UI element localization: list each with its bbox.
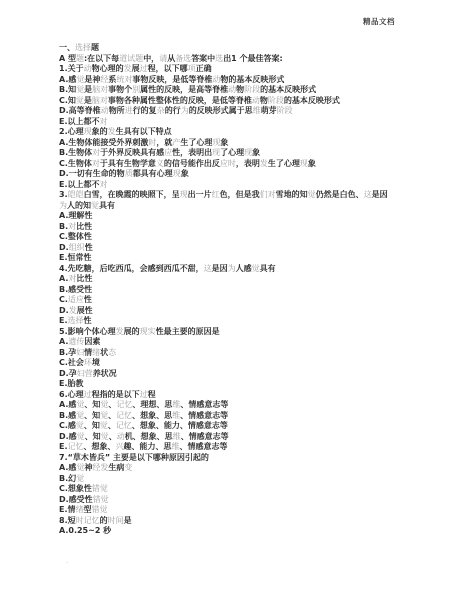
text-segment: ，表明 (236, 159, 260, 168)
text-segment: 觉 (100, 411, 108, 420)
document-line: D.孕妇营养状况 (59, 369, 419, 380)
text-segment: B.幻 (59, 474, 76, 483)
text-segment: D.高等脊椎 (59, 106, 101, 115)
text-segment: 觉 (252, 264, 260, 273)
document-line: A.感觉是神经系统对事物反映，是低等脊椎动物的基本反映形式 (59, 75, 419, 86)
document-line: 一、选择题 (59, 43, 419, 54)
text-segment: 选择 (75, 43, 91, 52)
text-segment: 脑对 (92, 96, 108, 105)
text-segment: 答案中 (191, 54, 215, 63)
text-segment: 现实 (140, 327, 156, 336)
text-segment: 这 (364, 190, 372, 199)
text-segment: 人感 (236, 264, 252, 273)
text-segment: 雪地的知 (276, 190, 308, 199)
text-segment: 义 (156, 159, 164, 168)
text-segment: 时记忆 (76, 516, 100, 525)
text-segment: 生具有以下特点 (116, 127, 172, 136)
text-segment: E.胎教 (59, 379, 84, 388)
text-segment: 物 (260, 96, 268, 105)
text-segment: 记忆 (116, 411, 132, 420)
text-segment: 8.短 (59, 516, 76, 525)
text-segment: E.情 (59, 505, 76, 514)
text-segment: A. (59, 337, 68, 346)
text-segment: 萌芽 (261, 106, 277, 115)
text-segment: 6.心理 (59, 390, 84, 399)
text-segment: 1.关于 (59, 64, 84, 73)
document-line: A.理解性 (59, 211, 419, 222)
text-segment: 错觉 (92, 505, 108, 514)
text-segment: 性最主要的原因是 (156, 327, 220, 336)
text-segment: 发 (69, 306, 77, 315)
text-segment: 生了心理 (268, 159, 300, 168)
text-segment: 现 (173, 169, 181, 178)
text-segment: 进 (125, 106, 133, 115)
document-line: B.感受性 (59, 285, 419, 296)
text-segment: E.恒常性 (59, 253, 92, 262)
text-segment: 发 (108, 127, 116, 136)
document-page: 精品文档 一、选择题A 型题:在以下每道试题中，请从备选答案中选出1 个最佳答案… (0, 0, 463, 600)
text-segment: D.一切有生命的物 (59, 169, 125, 178)
text-segment: A.感 (59, 463, 76, 472)
text-segment: 、情感意志等 (180, 400, 228, 409)
text-segment: B.生物体 (59, 148, 92, 157)
document-line: A.生物体能接受外界刺激时，就产生了心理现象 (59, 138, 419, 149)
text-segment: 、情感意志等 (180, 442, 228, 451)
text-segment: 是因 (372, 190, 388, 199)
document-line: C.整体性 (59, 232, 419, 243)
text-segment: 比性 (76, 222, 92, 231)
text-segment: 道试题 (119, 54, 143, 63)
text-segment: 象 (181, 169, 189, 178)
text-segment: 的基本反映形式 (260, 85, 316, 94)
text-segment: 过 (140, 390, 148, 399)
text-segment: D. (59, 306, 69, 315)
document-line: E.胎教 (59, 379, 419, 390)
text-segment: 于外界反映具有感 (100, 148, 164, 157)
document-line: A.对比性 (59, 274, 419, 285)
text-segment: 的行 (165, 106, 181, 115)
text-segment: 维 (172, 442, 180, 451)
text-segment: 变 (124, 463, 132, 472)
text-segment: 境 (92, 358, 100, 367)
text-segment: D.感受性 (59, 495, 93, 504)
document-line: D.发展性 (59, 306, 419, 317)
text-segment: 动 (101, 106, 109, 115)
text-segment: 的 (100, 516, 108, 525)
text-segment: 生了心理 (180, 138, 212, 147)
document-line: B.幻觉 (59, 474, 419, 485)
document-line: 8.短时记忆的时间是 (59, 516, 419, 527)
text-segment: 、知 (85, 432, 101, 441)
document-line: B.对比性 (59, 222, 419, 233)
document-line: E.情绪型错觉 (59, 505, 419, 516)
text-segment: B.孕 (59, 348, 76, 357)
text-segment: 态 (108, 348, 116, 357)
text-segment: A. (59, 274, 68, 283)
text-segment: 觉 (76, 421, 84, 430)
text-segment: 5.影响个体心理 (59, 327, 116, 336)
text-segment: 题 (76, 54, 84, 63)
text-segment: 、 (108, 421, 116, 430)
text-segment: 、 (109, 432, 117, 441)
document-line: C.感觉、知觉、记忆、想象、能力、情感意志等 (59, 421, 419, 432)
text-segment: 事物各种属性整体性的反映，是低等脊椎 (108, 96, 252, 105)
text-segment: 性，表明出 (172, 148, 212, 157)
text-segment: 动 (117, 432, 125, 441)
text-segment: 3. (59, 190, 68, 199)
text-segment: 绪 (92, 348, 100, 357)
text-segment: 对 (100, 180, 108, 189)
document-body: 一、选择题A 型题:在以下每道试题中，请从备选答案中选出1 个最佳答案:1.关于… (59, 43, 419, 537)
text-segment: 现 (84, 127, 92, 136)
text-segment: 型 (84, 505, 92, 514)
text-segment: C.整体性 (59, 232, 92, 241)
document-line: A.感觉神经发生病变 (59, 463, 419, 474)
document-line: D.组织性 (59, 243, 419, 254)
text-segment: 事物反映，是低等脊椎 (132, 75, 212, 84)
text-segment: A.理解性 (59, 211, 92, 220)
text-segment: A 型 (59, 54, 76, 63)
text-segment: A.0.25~2 秒 (59, 526, 111, 535)
text-segment: 请 (159, 54, 167, 63)
text-segment: E.以上都不 (59, 117, 100, 126)
text-segment: 程 (148, 390, 156, 399)
document-line: A.遗传因素 (59, 337, 419, 348)
text-segment: 、理想、思 (132, 400, 172, 409)
text-segment: 、知 (84, 400, 100, 409)
document-line: B.知觉是脑对事物个别属性的反映，是高等脊椎动物阶段的基本反映形式 (59, 85, 419, 96)
text-segment: 应时 (220, 159, 236, 168)
text-segment: 经发 (92, 463, 108, 472)
text-segment: 是因 (212, 264, 228, 273)
text-segment: 生病 (108, 463, 124, 472)
text-segment: 维 (173, 432, 181, 441)
text-segment: E.以上都不 (59, 180, 100, 189)
text-segment: 象 (220, 138, 228, 147)
text-segment: 性 (84, 295, 92, 304)
document-line: A.感觉、知觉、记忆、理想、思维、情感意志等 (59, 400, 419, 411)
text-segment: 一、 (59, 43, 75, 52)
text-segment: 性 (84, 316, 92, 325)
text-segment: 觉 (76, 411, 84, 420)
text-segment: C.知 (59, 96, 76, 105)
text-segment: B.感受性 (59, 285, 92, 294)
text-segment: 性 (85, 243, 93, 252)
text-segment: 是 (84, 85, 92, 94)
document-line: 7.“草木皆兵” 主要是以下哪种原因引起的 (59, 453, 419, 464)
text-segment: 记忆 (68, 442, 84, 451)
text-segment: 、情感意志等 (181, 432, 229, 441)
text-segment: 展 (132, 64, 140, 73)
text-segment: 对 (100, 117, 108, 126)
text-segment: 对 (92, 159, 100, 168)
text-segment: 动 (252, 96, 260, 105)
text-segment: 觉 (76, 474, 84, 483)
text-segment: 记忆 (116, 400, 132, 409)
text-segment: 属性的反映，是高等脊椎 (140, 85, 228, 94)
text-segment: 杂 (157, 106, 165, 115)
document-line: E.恒常性 (59, 253, 419, 264)
text-segment: 具有 (260, 264, 276, 273)
text-segment: 现 (244, 148, 252, 157)
text-segment: ，就 (156, 138, 172, 147)
text-segment: 具有 (99, 201, 115, 210)
text-segment: 动 (84, 64, 92, 73)
text-segment: 趣、能力、思 (124, 442, 172, 451)
text-segment: 7.“草木皆兵” 主要是以下哪种原因引起的 (59, 453, 209, 462)
text-segment: 象 (252, 148, 260, 157)
text-segment: 错觉 (93, 495, 109, 504)
text-segment: 这 (204, 264, 212, 273)
text-segment: 统对 (116, 75, 132, 84)
text-segment: 觉 (101, 432, 109, 441)
text-segment: 是神 (84, 75, 100, 84)
text-segment: 应 (164, 148, 172, 157)
text-segment: 现 (212, 148, 220, 157)
text-segment: 2.心理 (59, 127, 84, 136)
document-line: D.感受性错觉 (59, 495, 419, 506)
text-segment: 组织 (69, 243, 85, 252)
text-segment: 色，但是我 (220, 190, 260, 199)
text-segment: 都具有心理 (133, 169, 173, 178)
text-segment: 妇营 (77, 369, 93, 378)
text-segment: A.感 (59, 75, 76, 84)
text-segment: 于具有生物学意 (100, 159, 156, 168)
document-line: 2.心理现象的发生具有以下特点 (59, 127, 419, 138)
document-line: B.生物体对于外界反映具有感应性，表明出现了心理现象 (59, 148, 419, 159)
text-segment: C.生物体 (59, 159, 92, 168)
text-segment: 人的知 (67, 201, 91, 210)
text-segment: 现 (180, 190, 188, 199)
text-segment: 环 (84, 358, 92, 367)
text-segment: 现 (300, 159, 308, 168)
text-segment: 妇 (76, 348, 84, 357)
text-segment: C. (59, 295, 68, 304)
text-segment: 别 (132, 85, 140, 94)
text-segment: B.感 (59, 411, 76, 420)
text-segment: 出一片 (188, 190, 212, 199)
document-line: D.一切有生命的物质都具有心理现象 (59, 169, 419, 180)
text-segment: 、想象、能力、情感意志等 (132, 421, 228, 430)
text-segment: 维 (172, 411, 180, 420)
document-line: E.选择性 (59, 316, 419, 327)
text-segment: 动 (228, 85, 236, 94)
document-line: A 型题:在以下每道试题中，请从备选答案中选出1 个最佳答案: (59, 54, 419, 65)
text-segment: 仍然是白色、 (316, 190, 364, 199)
text-segment: 的基本反映形式 (284, 96, 340, 105)
text-segment: 象 (308, 159, 316, 168)
watermark-text: 精品文档 (363, 16, 395, 27)
text-segment: D.孕 (59, 369, 77, 378)
text-segment: 红 (212, 190, 220, 199)
text-segment: 对 (92, 148, 100, 157)
text-segment: 因素 (84, 337, 100, 346)
text-segment: 兴 (116, 442, 124, 451)
text-segment: 对 (68, 222, 76, 231)
text-segment: 备选 (175, 54, 191, 63)
text-segment: 4.先吃糖，后吃西瓜，会感到西瓜不甜， (59, 264, 204, 273)
text-segment: E. (59, 316, 68, 325)
text-segment: A.感 (59, 400, 76, 409)
text-segment: 、情感意志等 (180, 411, 228, 420)
text-segment: 觉 (91, 201, 99, 210)
text-segment: 展性 (77, 306, 93, 315)
text-segment: 阶段 (244, 85, 260, 94)
text-segment: 、知 (84, 411, 100, 420)
text-segment: 物 (236, 85, 244, 94)
text-segment: 们对 (260, 190, 276, 199)
text-segment: 阶段 (277, 106, 293, 115)
text-segment: 时间 (108, 516, 124, 525)
document-line: D.感觉、知觉、动机、想象、思维、情感意志等 (59, 432, 419, 443)
document-line: 4.先吃糖，后吃西瓜，会感到西瓜不甜，这是因为人感觉具有 (59, 264, 419, 275)
text-segment: 程指的是以下 (92, 390, 140, 399)
text-segment: 为 (59, 201, 67, 210)
text-segment: 选择 (68, 316, 84, 325)
text-segment: C.感 (59, 421, 76, 430)
text-segment: 展的 (124, 327, 140, 336)
text-segment: C.社会 (59, 358, 84, 367)
document-line: 5.影响个体心理发展的现实性最主要的原因是 (59, 327, 419, 338)
document-line: D.高等脊椎动物所进行的复杂的行为的反映形式属于思维萌芽阶段 (59, 106, 419, 117)
text-segment: 是 (84, 96, 92, 105)
text-segment: D. (59, 243, 69, 252)
text-segment: 正确 (196, 64, 212, 73)
document-line: E.以上都不对 (59, 117, 419, 128)
text-segment: 中， (143, 54, 159, 63)
document-line: 为人的知觉具有 (59, 201, 419, 212)
text-segment: 错觉 (92, 484, 108, 493)
text-segment: E. (59, 442, 68, 451)
text-segment: 、知 (84, 421, 100, 430)
text-segment: B.知 (59, 85, 76, 94)
text-segment: 养状况 (93, 369, 117, 378)
text-segment: 的反映形式属于思 (189, 106, 253, 115)
text-segment: 皑皑 (68, 190, 84, 199)
text-segment: 适应 (68, 295, 84, 304)
text-segment: 觉 (76, 96, 84, 105)
text-segment: 情 (84, 348, 92, 357)
document-line: A.0.25~2 秒 (59, 526, 419, 537)
text-segment: 机、想象、思 (125, 432, 173, 441)
text-segment: 发 (124, 64, 132, 73)
text-segment: 、 (108, 411, 116, 420)
text-segment: B. (59, 222, 68, 231)
text-segment: 从 (167, 54, 175, 63)
text-segment: A.生物体能接受外界刺激 (59, 138, 148, 147)
text-segment: 出1 个最佳答案: (223, 54, 283, 63)
text-segment: 维 (253, 106, 261, 115)
document-line: B.感觉、知觉、记忆、想象、思维、情感意志等 (59, 411, 419, 422)
footer-mark: . (66, 556, 69, 565)
text-segment: 了心理 (220, 148, 244, 157)
text-segment: D.感 (59, 432, 77, 441)
text-segment: 绪 (76, 505, 84, 514)
document-line: E.以上都不对 (59, 180, 419, 191)
text-segment: :在以下每 (84, 54, 119, 63)
document-line: 3.皑皑白雪，在晚霞的映照下，呈现出一片红色，但是我们对雪地的知觉仍然是白色、这… (59, 190, 419, 201)
text-segment: 发 (260, 159, 268, 168)
text-segment: 程，以下哪 (148, 64, 188, 73)
document-line: 1.关于动物心理的发展过程，以下哪项正确 (59, 64, 419, 75)
text-segment: 觉 (308, 190, 316, 199)
text-segment: 发 (116, 327, 124, 336)
text-segment: 觉 (100, 421, 108, 430)
document-line: C.社会环境 (59, 358, 419, 369)
text-segment: 过 (140, 64, 148, 73)
text-segment: 项 (188, 64, 196, 73)
text-segment: 过 (84, 390, 92, 399)
text-segment: 事物个 (108, 85, 132, 94)
text-segment: 质 (125, 169, 133, 178)
text-segment: 象的 (92, 127, 108, 136)
text-segment: 为 (181, 106, 189, 115)
text-segment: 白雪，在晚霞的映照下，呈 (84, 190, 180, 199)
text-segment: 记忆 (116, 421, 132, 430)
document-line: B.孕妇情绪状态 (59, 348, 419, 359)
text-segment: 物的基本反映形式 (220, 75, 284, 84)
text-segment: 觉 (77, 432, 85, 441)
document-line: C.知觉是脑对事物各种属性整体性的反映，是低等脊椎动物阶段的基本反映形式 (59, 96, 419, 107)
document-line: C.想象性错觉 (59, 484, 419, 495)
text-segment: 选 (215, 54, 223, 63)
text-segment: 比性 (76, 274, 92, 283)
text-segment: 是 (124, 516, 132, 525)
text-segment: 行的复 (133, 106, 157, 115)
document-line: 6.心理过程指的是以下过程 (59, 390, 419, 401)
text-segment: 物所 (109, 106, 125, 115)
text-segment: 、想象、思 (132, 411, 172, 420)
text-segment: 的信号能作出反 (164, 159, 220, 168)
text-segment: C.想象性 (59, 484, 92, 493)
document-line: C.生物体对于具有生物学意义的信号能作出反应时，表明发生了心理现象 (59, 159, 419, 170)
text-segment: 物心理的 (92, 64, 124, 73)
text-segment: 状 (100, 348, 108, 357)
document-line: C.适应性 (59, 295, 419, 306)
text-segment: 遗传 (68, 337, 84, 346)
text-segment: 脑对 (92, 85, 108, 94)
text-segment: 题 (91, 43, 99, 52)
document-line: E.记忆、想象、兴趣、能力、思维、情感意志等 (59, 442, 419, 453)
text-segment: 为 (228, 264, 236, 273)
text-segment: 觉 (76, 85, 84, 94)
text-segment: 、想象、 (84, 442, 116, 451)
text-segment: 阶段 (268, 96, 284, 105)
